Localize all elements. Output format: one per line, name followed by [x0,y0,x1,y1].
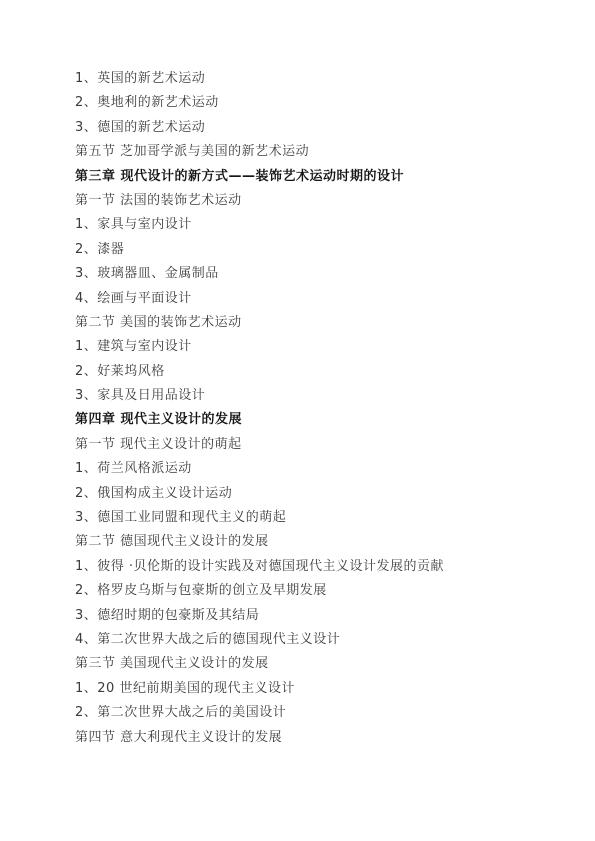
toc-line: 3、德绍时期的包豪斯及其结局 [75,604,535,628]
toc-line: 第五节 芝加哥学派与美国的新艺术运动 [75,140,535,164]
toc-line: 1、英国的新艺术运动 [75,67,535,91]
document-page: 1、英国的新艺术运动2、奥地利的新艺术运动3、德国的新艺术运动第五节 芝加哥学派… [0,0,595,841]
toc-line: 3、家具及日用品设计 [75,384,535,408]
toc-line: 2、第二次世界大战之后的美国设计 [75,701,535,725]
toc-line: 2、俄国构成主义设计运动 [75,482,535,506]
toc-line: 4、第二次世界大战之后的德国现代主义设计 [75,628,535,652]
toc-line: 1、20 世纪前期美国的现代主义设计 [75,677,535,701]
toc-line: 4、绘画与平面设计 [75,287,535,311]
toc-line: 3、德国的新艺术运动 [75,116,535,140]
toc-line: 3、德国工业同盟和现代主义的萌起 [75,506,535,530]
toc-line: 第四节 意大利现代主义设计的发展 [75,726,535,750]
toc-line: 3、玻璃器皿、金属制品 [75,262,535,286]
document-body: 1、英国的新艺术运动2、奥地利的新艺术运动3、德国的新艺术运动第五节 芝加哥学派… [75,67,535,750]
toc-line: 1、家具与室内设计 [75,213,535,237]
toc-line: 1、建筑与室内设计 [75,335,535,359]
toc-line: 2、漆器 [75,238,535,262]
chapter-heading: 第三章 现代设计的新方式——装饰艺术运动时期的设计 [75,165,535,189]
toc-line: 1、彼得 ·贝伦斯的设计实践及对德国现代主义设计发展的贡献 [75,555,535,579]
toc-line: 第一节 现代主义设计的萌起 [75,433,535,457]
toc-line: 第二节 德国现代主义设计的发展 [75,530,535,554]
toc-line: 1、荷兰风格派运动 [75,457,535,481]
toc-line: 2、奥地利的新艺术运动 [75,91,535,115]
chapter-heading: 第四章 现代主义设计的发展 [75,408,535,432]
toc-line: 第一节 法国的装饰艺术运动 [75,189,535,213]
toc-line: 第三节 美国现代主义设计的发展 [75,652,535,676]
toc-line: 第二节 美国的装饰艺术运动 [75,311,535,335]
toc-line: 2、格罗皮乌斯与包豪斯的创立及早期发展 [75,579,535,603]
toc-line: 2、好莱坞风格 [75,360,535,384]
